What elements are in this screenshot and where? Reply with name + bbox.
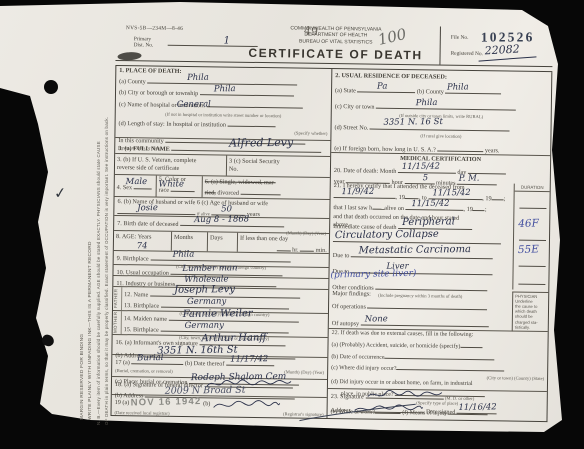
disposition-date-blank: 11/17/42: [226, 358, 274, 367]
duration-code-1: 46F: [518, 217, 539, 230]
mother-birthplace-value: Germany: [184, 320, 223, 332]
birthplace-blank: Phila: [150, 253, 290, 263]
disposition-method-blank: Burial: [131, 356, 183, 365]
file-number-block: File No. 102526 Registered No. 22082: [439, 27, 553, 67]
dod-month-value: 11/15/42: [402, 161, 440, 173]
residence-city-blank: Phila: [376, 101, 516, 111]
attest-md-caption: (M. D. or other): [445, 396, 475, 401]
race-cell: 5. Color or race White: [157, 176, 203, 198]
registrar-num: 19 (a): [115, 399, 130, 406]
right-column: 2. USUAL RESIDENCE OF DECEASED: (a) Stat…: [327, 69, 551, 421]
registrar-signature: [212, 398, 282, 411]
primary-district-label: Primary Dist. No.: [134, 36, 154, 49]
duration-line-1: [519, 208, 546, 209]
external-a: (a) (Probably) Accident, suicide, or hom…: [331, 342, 460, 350]
section-veteran-ssn: 3. (b) If U. S. Veteran, complete revers…: [115, 154, 330, 178]
autopsy-label: Of autopsy: [332, 320, 359, 327]
attest-date-label: Date signed: [426, 409, 455, 416]
margin-note-nb-1: N. B.—Every item of information should b…: [96, 55, 101, 425]
pen-checkmark: ✓: [53, 183, 67, 202]
age-less-cell: If less than one day hr. min.: [238, 233, 329, 253]
sex-blank: Male: [134, 181, 152, 189]
disposition-num: 17 (a): [115, 359, 130, 366]
punch-hole: [44, 80, 58, 94]
certify-19b: , 19: [482, 195, 491, 202]
full-name-label: 3. (a) FULL NAME: [118, 145, 170, 153]
certify-from-value: 11/9/42: [341, 187, 374, 199]
city-borough-label: (b) City or borough or township: [119, 89, 198, 97]
residence-county-label: (b) County: [417, 88, 444, 95]
ssn-label: 3 (c) Social Security No.: [227, 156, 330, 177]
duration-column: DURATION 46F 55E: [512, 184, 549, 290]
hospital-value: General: [176, 100, 210, 112]
disposition-date-label: (b) Date thereof: [185, 360, 225, 368]
physician-note: PHYSICIAN Underline the cause to which d…: [512, 292, 549, 332]
attest-addr-blank: [352, 405, 424, 414]
section-place-of-death: 1. PLACE OF DEATH: (a) County Phila (b) …: [115, 66, 331, 141]
father-name-value: Joseph Levy: [174, 283, 235, 297]
marital-blank: [241, 187, 281, 196]
residence-county-blank: Phila: [445, 86, 501, 95]
autopsy-value: None: [365, 314, 388, 325]
marital-line-2: ried,: [205, 189, 216, 196]
form-body: 1. PLACE OF DEATH: (a) County Phila (b) …: [111, 66, 553, 422]
findings-label: Major findings:: [332, 290, 508, 301]
birthplace-value: Phila: [172, 249, 194, 260]
marital-line-3: divorced: [217, 190, 239, 197]
external-c-blank: [396, 362, 504, 372]
certify-saw-blank: 11/15/42: [406, 202, 464, 211]
margin-note-nb-2: OF DEATH in plain terms, so that it may …: [104, 55, 109, 425]
section-external-causes: 22. If death was due to external causes,…: [328, 329, 548, 392]
age-hr-blank: [277, 243, 291, 251]
full-name-blank: Alfred Levy: [171, 143, 321, 153]
birthplace-label: 9. Birthplace: [117, 255, 149, 262]
certify-alive-label: alive on: [384, 205, 404, 212]
race-value: White: [158, 179, 184, 191]
residence-city-label: (c) City or town: [335, 103, 375, 111]
residence-state-blank: Pa: [357, 85, 415, 94]
certificate-title: CERTIFICATE OF DEATH: [235, 45, 435, 63]
duration-header: DURATION: [515, 184, 550, 192]
residence-heading: 2. USUAL RESIDENCE OF DECEASED:: [335, 72, 548, 83]
certify-h-blank: [372, 202, 384, 210]
sex-cell: 4. Sex Male: [115, 175, 157, 197]
disposition-method-note: (Burial, cremation, or removal): [115, 368, 173, 374]
birthdate-blank: Aug 8 - 1868: [180, 218, 284, 227]
certify-from-blank: 11/9/42: [334, 190, 396, 199]
spouse-age-label: 6 (c) Age of husband or wife: [197, 199, 268, 207]
residence-foreign-blank: [437, 143, 483, 152]
margin-note-permanent-record: WRITE PLAINLY WITH UNFADING INK—THIS IS …: [88, 90, 93, 420]
scanned-death-certificate: ✓ MARGIN RESERVED FOR BINDING WRITE PLAI…: [0, 0, 584, 449]
section-sex-race-marital: 4. Sex Male 5. Color or race White 6. (a…: [115, 175, 330, 200]
residence-street-value: 3351 N. 16 St: [384, 117, 444, 129]
cause-value-2: Circulatory Collapse: [335, 228, 439, 242]
section-usual-residence: 2. USUAL RESIDENCE OF DECEASED: (a) Stat…: [331, 69, 551, 156]
external-c: (c) Where did injury occur?: [331, 365, 396, 372]
due1-blank: Metastatic Carcinoma: [351, 250, 493, 260]
hospital-blank: General: [206, 99, 302, 108]
age-years-cell: 8. AGE: Years 74: [114, 231, 172, 251]
certify-19c-blank: [473, 203, 485, 211]
form-header: NVS-5B—234M—8-46 Primary Dist. No. 1 49 …: [115, 22, 552, 66]
disposition-date-captions: (Month) (Day) (Year): [284, 370, 324, 377]
spouse-blank: Josie: [117, 206, 195, 215]
left-column: 1. PLACE OF DEATH: (a) County Phila (b) …: [112, 66, 333, 418]
county-label: (a) County: [119, 78, 146, 85]
margin-note-binding: MARGIN RESERVED FOR BINDING: [80, 120, 85, 420]
disposition-date-value: 11/17/42: [230, 354, 268, 366]
sex-value: Male: [126, 177, 148, 188]
residence-street-label: (d) Street No.: [335, 124, 369, 131]
attest-sig-blank: [365, 391, 443, 400]
father-birthplace-label: 13. Birthplace: [124, 302, 159, 309]
age-months-cell: Months: [172, 232, 208, 252]
primary-site-note: (primary site liver): [330, 268, 416, 282]
duration-code-2: 55E: [518, 243, 539, 256]
autopsy-blank: None: [361, 318, 489, 328]
date-received-stamp: NOV 16 1942: [131, 396, 202, 410]
residence-state-label: (a) State: [335, 87, 356, 94]
disposition-method-value: Burial: [137, 353, 163, 365]
city-borough-value: Phila: [214, 84, 236, 95]
certify-saw-value: 11/15/42: [411, 199, 449, 211]
file-no-label: File No.: [451, 35, 469, 41]
residence-foreign-suffix: years.: [485, 147, 500, 154]
birthdate-label: 7. Birth date of deceased: [117, 220, 178, 228]
mother-name-label: 14. Maiden name: [124, 315, 167, 323]
birthdate-value: Aug 8 - 1868: [194, 214, 249, 226]
duration-line-2: [519, 240, 546, 241]
dod-label: 20. Date of death: Month: [334, 167, 396, 175]
operations-blank: [367, 301, 487, 311]
external-a-blank: [460, 340, 482, 348]
section-attestation: 23. Signature (M. D. or other) Address D…: [328, 389, 547, 418]
certify-19a: , 19: [396, 194, 405, 201]
form-code: NVS-5B—234M—8-46: [126, 25, 183, 32]
age-days-cell: Days: [208, 232, 238, 251]
residence-state-value: Pa: [377, 81, 388, 92]
attest-addr-label: Address: [331, 407, 351, 414]
stay-label: (d) Length of stay: In hospital or insti…: [119, 120, 227, 128]
section-registrar: 19 (a) NOV 16 1942 (b) (Date received lo…: [112, 395, 327, 414]
residence-county-value: Phila: [447, 82, 469, 93]
residence-street-blank: 3351 N. 16 St: [370, 121, 510, 131]
age-min-blank: [300, 244, 314, 252]
external-b: (b) Date of occurrence: [331, 354, 384, 361]
attest-date-value: 11/16/42: [459, 402, 497, 414]
physician-signature: [365, 389, 443, 402]
certify-line-3: that I last saw h: [333, 204, 372, 212]
city-borough-blank: Phila: [200, 88, 294, 97]
full-name-value: Alfred Levy: [229, 136, 293, 151]
operations-label: Of operations: [332, 303, 366, 310]
due1-label: Due to: [333, 252, 350, 259]
duration-line-3: [519, 266, 546, 267]
attest-sig-label: 23. Signature: [331, 393, 364, 400]
county-value: Phila: [187, 73, 209, 84]
ink-smudge: [117, 52, 141, 61]
physician-address-script: [352, 403, 424, 416]
certify-19c: , 19: [464, 206, 473, 213]
veteran-label: 3. (b) If U. S. Veteran, complete revers…: [115, 154, 227, 176]
marital-cell: 6. (a) Single, widowed, mar- ried, divor…: [203, 176, 330, 199]
father-name-label: 12. Name: [124, 291, 148, 298]
attest-date-blank: 11/16/42: [457, 406, 497, 415]
mother-side-label: MOTHER: [113, 311, 122, 334]
registrar-sig-caption: (Registrar's signature): [283, 411, 324, 418]
certify-19b-blank: [492, 192, 504, 200]
residence-city-value: Phila: [416, 98, 438, 109]
mother-birthplace-label: 15. Birthplace: [124, 326, 159, 333]
spouse-value: Josie: [137, 203, 158, 214]
mother-name-value: Fannie Weiler: [182, 307, 252, 321]
residence-foreign-label: (e) If foreign born, how long in U. S. A…: [334, 145, 436, 153]
registrar-b-label: (b): [203, 400, 210, 407]
external-b-blank: [384, 350, 494, 360]
father-side-label: FATHER: [113, 287, 122, 310]
registered-no-label: Registered No.: [451, 51, 483, 57]
header-center: COMMONWEALTH OF PENNSYLVANIA DEPARTMENT …: [235, 25, 435, 64]
occupation-value: Lumber man: [182, 263, 237, 275]
certificate-form: NVS-5B—234M—8-46 Primary Dist. No. 1 49 …: [111, 22, 553, 422]
stay-blank: [228, 118, 276, 127]
registered-no-value: 22082: [484, 42, 520, 57]
due1-value: Metastatic Carcinoma: [359, 243, 471, 258]
section-disposition: 17 (a) Burial (b) Date thereof 11/17/42 …: [112, 355, 327, 380]
registrar-date-caption: (Date received local registrar): [115, 410, 170, 416]
duration-line-4: [518, 284, 545, 285]
race-blank: White: [170, 184, 194, 192]
primary-district-value: 1: [224, 35, 231, 46]
father-birthplace-value: Germany: [186, 297, 225, 309]
